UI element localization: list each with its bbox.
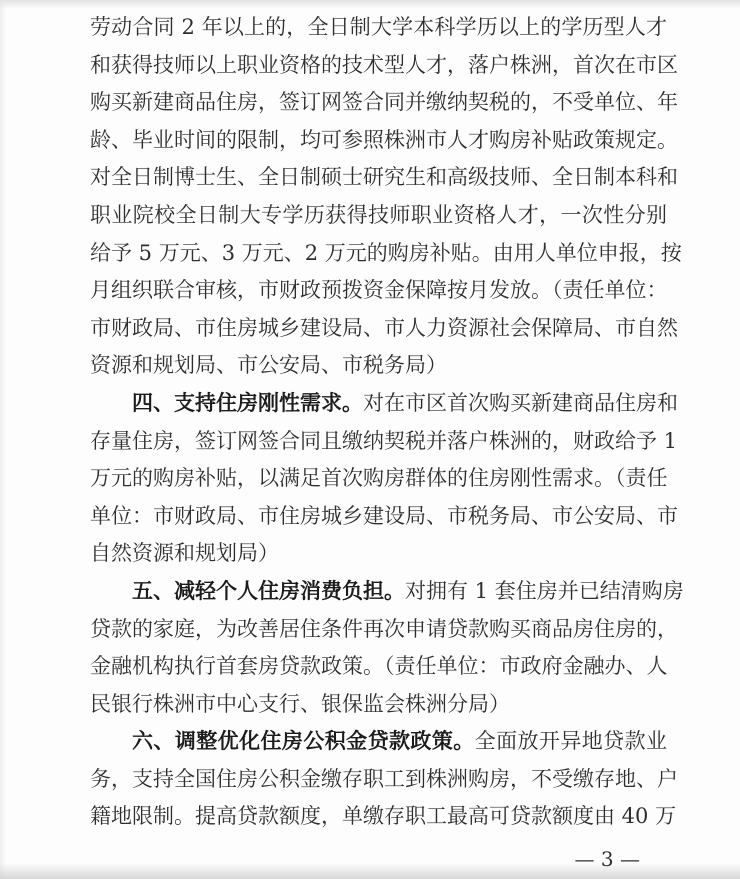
text-line: 六、调整优化住房公积金贷款政策。全面放开异地贷款业 bbox=[90, 723, 667, 761]
line-text: 贷款的家庭，为改善居住条件再次申请贷款购买商品房住房的， bbox=[90, 617, 678, 641]
line-text: 给予 5 万元、3 万元、2 万元的购房补贴。由用人单位申报，按 bbox=[90, 241, 682, 265]
text-line: 购买新建商品住房，签订网签合同并缴纳契税的，不受单位、年 bbox=[90, 84, 667, 122]
text-line: 存量住房，签订网签合同且缴纳契税并落户株洲的，财政给予 1 bbox=[90, 423, 667, 461]
section-heading: 四、支持住房刚性需求。 bbox=[132, 391, 363, 415]
line-text: 龄、毕业时间的限制，均可参照株洲市人才购房补贴政策规定。 bbox=[90, 128, 678, 152]
text-line: 劳动合同 2 年以上的，全日制大学本科学历以上的学历型人才 bbox=[90, 9, 667, 47]
paragraph: 五、减轻个人住房消费负担。对拥有 1 套住房并已结清购房贷款的家庭，为改善居住条… bbox=[90, 573, 667, 723]
line-text: 资源和规划局、市公安局、市税务局） bbox=[90, 353, 447, 377]
text-line: 资源和规划局、市公安局、市税务局） bbox=[90, 347, 667, 385]
paragraph: 四、支持住房刚性需求。对在市区首次购买新建商品住房和存量住房，签订网签合同且缴纳… bbox=[90, 385, 667, 573]
text-line: 四、支持住房刚性需求。对在市区首次购买新建商品住房和 bbox=[90, 385, 667, 423]
line-text: 籍地限制。提高贷款额度，单缴存职工最高可贷款额度由 40 万 bbox=[90, 804, 676, 828]
line-text: 金融机构执行首套房贷款政策。（责任单位：市政府金融办、人 bbox=[90, 654, 668, 678]
section-heading: 六、调整优化住房公积金贷款政策。 bbox=[132, 729, 475, 753]
line-text: 购买新建商品住房，签订网签合同并缴纳契税的，不受单位、年 bbox=[90, 90, 678, 114]
document-page: 劳动合同 2 年以上的，全日制大学本科学历以上的学历型人才和获得技师以上职业资格… bbox=[0, 0, 740, 879]
text-line: 金融机构执行首套房贷款政策。（责任单位：市政府金融办、人 bbox=[90, 648, 667, 686]
line-text: 和获得技师以上职业资格的技术型人才，落户株洲，首次在市区 bbox=[90, 53, 678, 77]
line-text: 对在市区首次购买新建商品住房和 bbox=[363, 391, 678, 415]
document-body: 劳动合同 2 年以上的，全日制大学本科学历以上的学历型人才和获得技师以上职业资格… bbox=[90, 9, 667, 836]
text-line: 万元的购房补贴，以满足首次购房群体的住房刚性需求。（责任 bbox=[90, 460, 667, 498]
page-footer: — 3 — bbox=[575, 845, 640, 873]
line-text: 单位：市财政局、市住房城乡建设局、市税务局、市公安局、市 bbox=[90, 504, 678, 528]
page-number: — 3 — bbox=[575, 847, 640, 871]
text-line: 民银行株洲市中心支行、银保监会株洲分局） bbox=[90, 686, 667, 724]
text-line: 月组织联合审核，市财政预拨资金保障按月发放。（责任单位： bbox=[90, 272, 667, 310]
text-line: 对全日制博士生、全日制硕士研究生和高级技师、全日制本科和 bbox=[90, 159, 667, 197]
line-text: 全面放开异地贷款业 bbox=[475, 729, 667, 753]
text-line: 贷款的家庭，为改善居住条件再次申请贷款购买商品房住房的， bbox=[90, 611, 667, 649]
text-line: 职业院校全日制大专学历获得技师职业资格人才，一次性分别 bbox=[90, 197, 667, 235]
line-text: 民银行株洲市中心支行、银保监会株洲分局） bbox=[90, 692, 510, 716]
line-text: 对全日制博士生、全日制硕士研究生和高级技师、全日制本科和 bbox=[90, 165, 678, 189]
text-line: 籍地限制。提高贷款额度，单缴存职工最高可贷款额度由 40 万 bbox=[90, 798, 667, 836]
section-heading: 五、减轻个人住房消费负担。 bbox=[132, 579, 405, 603]
line-text: 劳动合同 2 年以上的，全日制大学本科学历以上的学历型人才 bbox=[90, 15, 667, 39]
text-line: 和获得技师以上职业资格的技术型人才，落户株洲，首次在市区 bbox=[90, 47, 667, 85]
text-line: 龄、毕业时间的限制，均可参照株洲市人才购房补贴政策规定。 bbox=[90, 122, 667, 160]
line-text: 存量住房，签订网签合同且缴纳契税并落户株洲的，财政给予 1 bbox=[90, 429, 677, 453]
paragraph: 劳动合同 2 年以上的，全日制大学本科学历以上的学历型人才和获得技师以上职业资格… bbox=[90, 9, 667, 385]
line-text: 职业院校全日制大专学历获得技师职业资格人才，一次性分别 bbox=[90, 203, 667, 227]
text-line: 五、减轻个人住房消费负担。对拥有 1 套住房并已结清购房 bbox=[90, 573, 667, 611]
line-text: 对拥有 1 套住房并已结清购房 bbox=[405, 579, 684, 603]
paragraph: 六、调整优化住房公积金贷款政策。全面放开异地贷款业务，支持全国住房公积金缴存职工… bbox=[90, 723, 667, 836]
line-text: 自然资源和规划局） bbox=[90, 541, 279, 565]
text-line: 市财政局、市住房城乡建设局、市人力资源社会保障局、市自然 bbox=[90, 310, 667, 348]
text-line: 务，支持全国住房公积金缴存职工到株洲购房，不受缴存地、户 bbox=[90, 761, 667, 799]
line-text: 万元的购房补贴，以满足首次购房群体的住房刚性需求。（责任 bbox=[90, 466, 668, 490]
line-text: 务，支持全国住房公积金缴存职工到株洲购房，不受缴存地、户 bbox=[90, 767, 678, 791]
text-line: 自然资源和规划局） bbox=[90, 535, 667, 573]
text-line: 给予 5 万元、3 万元、2 万元的购房补贴。由用人单位申报，按 bbox=[90, 235, 667, 273]
line-text: 月组织联合审核，市财政预拨资金保障按月发放。（责任单位： bbox=[90, 278, 668, 302]
line-text: 市财政局、市住房城乡建设局、市人力资源社会保障局、市自然 bbox=[90, 316, 678, 340]
text-line: 单位：市财政局、市住房城乡建设局、市税务局、市公安局、市 bbox=[90, 498, 667, 536]
